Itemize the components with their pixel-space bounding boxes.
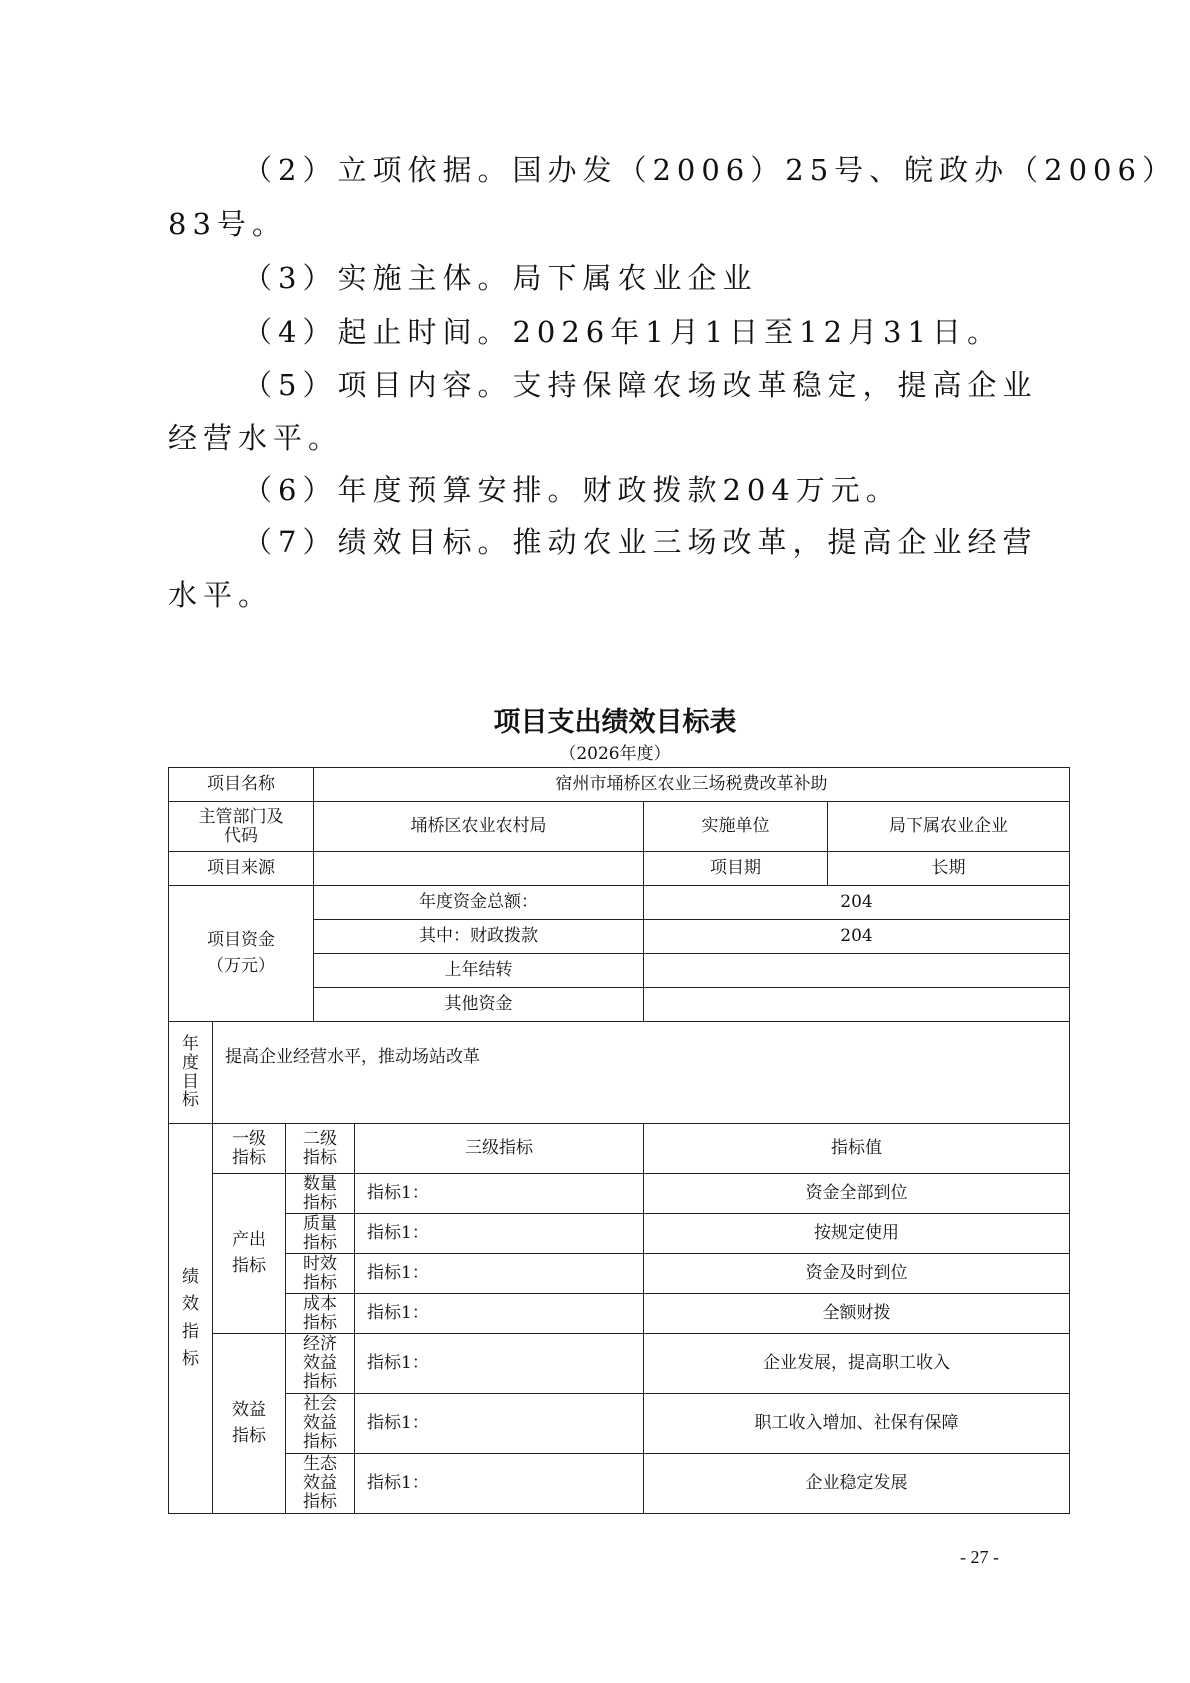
level3-cell: 指标1： [355,1334,644,1394]
table-subtitle: （2026年度） [0,739,1190,764]
funds-total-label: 年度资金总额： [314,886,644,920]
funds-total-value: 204 [644,886,1070,920]
annual-goal-value: 提高企业经营水平，推动场站改革 [213,1022,1070,1124]
level2-cell: 成本指标 [286,1294,355,1334]
value-cell: 全额财拨 [644,1294,1070,1334]
paragraph-3: （3）实施主体。局下属农业企业 [243,256,757,297]
page-number: - 27 - [960,1547,999,1568]
header-value: 指标值 [644,1124,1070,1174]
funds-fiscal-value: 204 [644,920,1070,954]
source-label: 项目来源 [169,852,314,886]
funds-other-label: 其他资金 [314,988,644,1022]
impl-label: 实施单位 [644,802,828,852]
value-cell: 资金及时到位 [644,1254,1070,1294]
level3-cell: 指标1： [355,1214,644,1254]
level3-cell: 指标1： [355,1454,644,1514]
funds-fiscal-label: 其中：财政拨款 [314,920,644,954]
table-title: 项目支出绩效目标表 [0,700,1190,739]
funds-label: 项目资金（万元） [169,886,314,1022]
paragraph-5: （5）项目内容。支持保障农场改革稳定，提高企业 [243,363,1037,404]
source-value [314,852,644,886]
level2-cell: 生态效益指标 [286,1454,355,1514]
level3-cell: 指标1： [355,1174,644,1214]
level3-cell: 指标1： [355,1254,644,1294]
level2-cell: 质量指标 [286,1214,355,1254]
value-cell: 企业稳定发展 [644,1454,1070,1514]
paragraph-4: （4）起止时间。2026年1月1日至12月31日。 [243,310,1002,351]
value-cell: 按规定使用 [644,1214,1070,1254]
period-value: 长期 [828,852,1070,886]
paragraph-2: （2）立项依据。国办发（2006）25号、皖政办（2006） [243,148,1177,189]
level2-cell: 时效指标 [286,1254,355,1294]
level2-cell: 数量指标 [286,1174,355,1214]
perf-indicator-label: 绩效指标 [169,1124,213,1514]
output-indicator-label: 产出指标 [213,1174,286,1334]
paragraph-6: （6）年度预算安排。财政拨款204万元。 [243,468,901,509]
value-cell: 企业发展，提高职工收入 [644,1334,1070,1394]
level2-cell: 经济效益指标 [286,1334,355,1394]
dept-label: 主管部门及代码 [169,802,314,852]
value-cell: 职工收入增加、社保有保障 [644,1394,1070,1454]
impl-value: 局下属农业企业 [828,802,1070,852]
funds-carryover-label: 上年结转 [314,954,644,988]
funds-carryover-value [644,954,1070,988]
paragraph-2-cont: 83号。 [168,202,287,243]
level2-cell: 社会效益指标 [286,1394,355,1454]
header-level3: 三级指标 [355,1124,644,1174]
performance-target-table: 项目名称 宿州市埇桥区农业三场税费改革补助 主管部门及代码 埇桥区农业农村局 实… [168,767,1070,1514]
level3-cell: 指标1： [355,1294,644,1334]
level3-cell: 指标1： [355,1394,644,1454]
benefit-indicator-label: 效益指标 [213,1334,286,1514]
paragraph-5-cont: 经营水平。 [168,416,343,457]
funds-other-value [644,988,1070,1022]
project-name-label: 项目名称 [169,768,314,802]
value-cell: 资金全部到位 [644,1174,1070,1214]
period-label: 项目期 [644,852,828,886]
project-name-value: 宿州市埇桥区农业三场税费改革补助 [314,768,1070,802]
dept-value: 埇桥区农业农村局 [314,802,644,852]
header-level1: 一级指标 [213,1124,286,1174]
header-level2: 二级指标 [286,1124,355,1174]
annual-goal-label: 年度目标 [169,1022,213,1124]
paragraph-7: （7）绩效目标。推动农业三场改革，提高企业经营 [243,520,1037,561]
paragraph-7-cont: 水平。 [168,573,273,614]
